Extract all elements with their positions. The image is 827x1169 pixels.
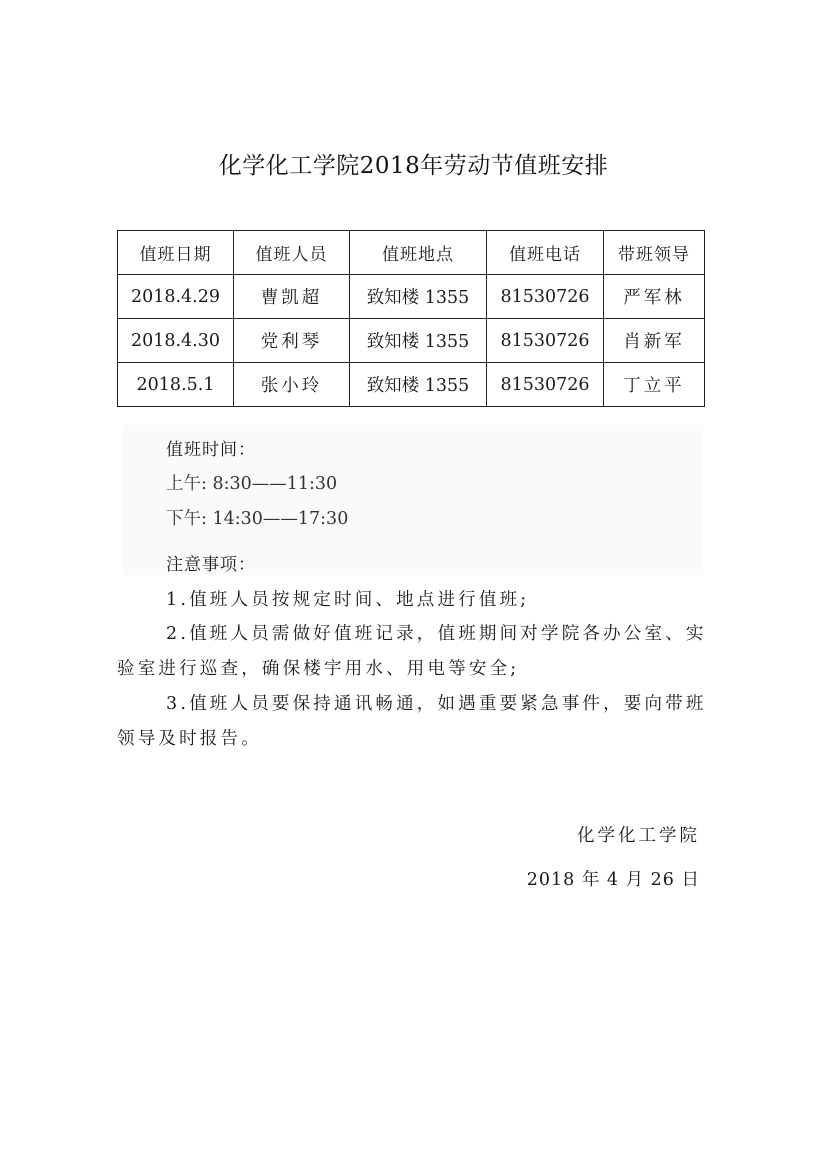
cell-date: 2018.4.29 bbox=[118, 275, 234, 319]
duty-schedule-table: 值班日期 值班人员 值班地点 值班电话 带班领导 2018.4.29 曹凯超 致… bbox=[117, 230, 705, 407]
cell-phone: 81530726 bbox=[487, 275, 604, 319]
cell-place: 致知楼 1355 bbox=[350, 275, 487, 319]
header-place: 值班地点 bbox=[350, 231, 487, 275]
header-phone: 值班电话 bbox=[487, 231, 604, 275]
cell-leader: 严军林 bbox=[604, 275, 705, 319]
table-row: 2018.4.30 党利琴 致知楼 1355 81530726 肖新军 bbox=[118, 319, 705, 363]
table-row: 2018.4.29 曹凯超 致知楼 1355 81530726 严军林 bbox=[118, 275, 705, 319]
cell-phone: 81530726 bbox=[487, 363, 604, 407]
cell-person: 党利琴 bbox=[234, 319, 350, 363]
cell-person: 曹凯超 bbox=[234, 275, 350, 319]
header-person: 值班人员 bbox=[234, 231, 350, 275]
cell-place: 致知楼 1355 bbox=[350, 319, 487, 363]
note-item-1: 1.值班人员按规定时间、地点进行值班; bbox=[166, 586, 529, 611]
note-item-3-continued: 领导及时报告。 bbox=[117, 725, 262, 750]
signature-organization: 化学化工学院 bbox=[577, 822, 700, 847]
signature-date: 2018 年 4 月 26 日 bbox=[527, 866, 700, 891]
cell-phone: 81530726 bbox=[487, 319, 604, 363]
note-item-2-continued: 验室进行巡查，确保楼宇用水、用电等安全; bbox=[117, 655, 519, 680]
page-title: 化学化工学院2018年劳动节值班安排 bbox=[0, 148, 827, 184]
cell-leader: 肖新军 bbox=[604, 319, 705, 363]
cell-date: 2018.5.1 bbox=[118, 363, 234, 407]
cell-date: 2018.4.30 bbox=[118, 319, 234, 363]
header-date: 值班日期 bbox=[118, 231, 234, 275]
table-header-row: 值班日期 值班人员 值班地点 值班电话 带班领导 bbox=[118, 231, 705, 275]
note-item-3: 3.值班人员要保持通讯畅通，如遇重要紧急事件，要向带班 bbox=[166, 690, 707, 715]
morning-hours: 上午: 8:30——11:30 bbox=[166, 470, 337, 495]
notes-heading: 注意事项： bbox=[166, 550, 256, 575]
note-item-2: 2.值班人员需做好值班记录，值班期间对学院各办公室、实 bbox=[166, 620, 707, 645]
table-row: 2018.5.1 张小玲 致知楼 1355 81530726 丁立平 bbox=[118, 363, 705, 407]
afternoon-hours: 下午: 14:30——17:30 bbox=[166, 505, 348, 530]
duty-time-heading: 值班时间： bbox=[166, 435, 256, 460]
cell-leader: 丁立平 bbox=[604, 363, 705, 407]
cell-person: 张小玲 bbox=[234, 363, 350, 407]
header-leader: 带班领导 bbox=[604, 231, 705, 275]
cell-place: 致知楼 1355 bbox=[350, 363, 487, 407]
